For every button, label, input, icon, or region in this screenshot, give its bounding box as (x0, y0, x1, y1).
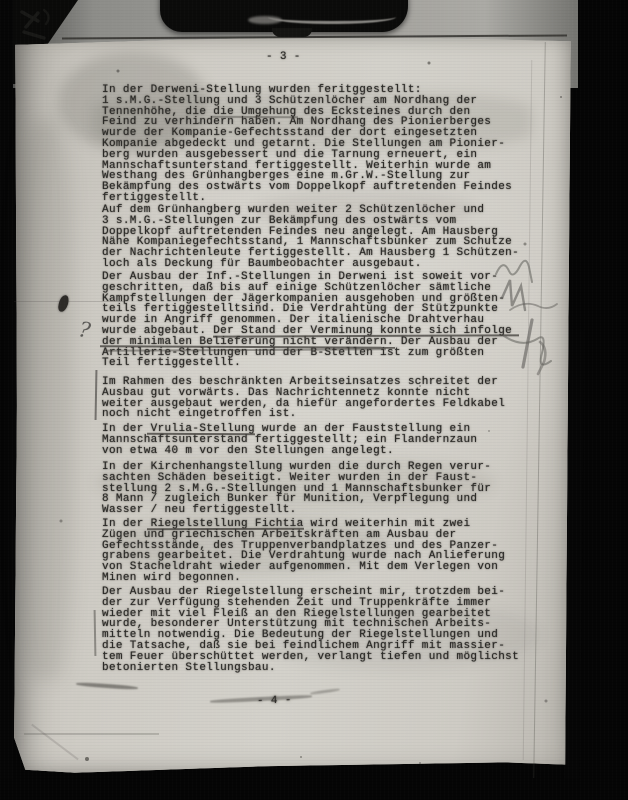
binder-clamp (160, 0, 408, 32)
paragraph-2: Auf dem Grünhangberg wurden weiter 2 Sch… (102, 205, 519, 270)
clamp-nub (272, 28, 312, 37)
paragraph-4: Im Rahmen des beschränkten Arbeitseinsat… (102, 377, 505, 420)
paragraph-1: In der Derweni-Stellung wurden feritgges… (102, 85, 512, 204)
paragraph-3: Der Ausbau der Inf.-Stellungen in Derwen… (102, 272, 512, 369)
clamp-highlight (268, 10, 396, 24)
paragraph-5: In der Vrulia-Stellung wurde an der Faus… (102, 424, 477, 456)
paragraph-7: In der Riegelstellung Fichtia wird weite… (102, 519, 505, 584)
paragraph-6: In der Kirchenhangstellung wurden die du… (102, 462, 491, 516)
clamp-highlight (248, 16, 282, 24)
paragraph-8: Der Ausbau der Riegelstellung erscheint … (102, 587, 519, 673)
next-page-number: - 4 - (257, 696, 292, 708)
page-number: - 3 - (266, 52, 301, 63)
document-photo: - 3 - In der Derweni-Stellung wurden fer… (0, 0, 628, 800)
